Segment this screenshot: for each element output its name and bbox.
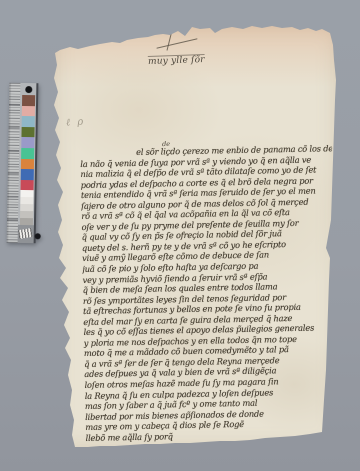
color-patch: [22, 95, 35, 106]
cross-mark-icon: [156, 38, 197, 49]
photo-backdrop: muy ylle ſõr ℓ ρ de el sõr liçdo çerezo …: [0, 0, 360, 471]
color-patch: [21, 159, 34, 170]
color-patch: [21, 169, 34, 180]
color-patch: [22, 106, 35, 117]
color-patch-column: [18, 83, 39, 243]
color-patch: [21, 127, 34, 138]
registration-dot-icon: [25, 86, 32, 93]
grayscale-strip: [20, 190, 34, 225]
color-calibration-bar: [7, 83, 41, 244]
salutation-heading: muy ylle ſõr: [148, 55, 205, 67]
marginal-mark: ℓ ρ: [66, 116, 86, 128]
color-patch: [21, 148, 34, 159]
registration-dot-icon: [35, 233, 41, 239]
manuscript-text-block: el sõr liçdo çerezo me enbio de panama c…: [80, 143, 338, 443]
manuscript-paper: muy ylle ſõr ℓ ρ de el sõr liçdo çerezo …: [54, 25, 337, 448]
color-patch: [21, 137, 34, 148]
cross-mark-icon: [166, 30, 172, 51]
color-patch: [21, 180, 34, 191]
calbar-top-cap: [20, 83, 36, 95]
calbar-footer: [18, 225, 34, 243]
color-patch: [22, 116, 35, 127]
barcode-label: [18, 228, 32, 239]
color-patches: [19, 95, 37, 191]
